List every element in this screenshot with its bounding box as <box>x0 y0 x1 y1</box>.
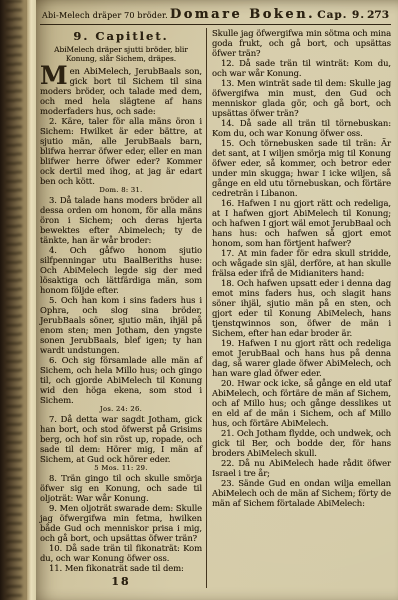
facing-page-blur <box>6 0 22 600</box>
verse-paragraph: 22. Då nu AbiMelech hade rådit öfwer Isr… <box>212 458 391 478</box>
verse-paragraph: Skulle jag öfwergifwa min sötma och mina… <box>212 28 391 58</box>
right-verse-block: Skulle jag öfwergifwa min sötma och mina… <box>212 28 391 508</box>
verse-paragraph: 6. Och sig församlade alle män af Sichem… <box>40 355 202 405</box>
left-verse-block: Men AbiMelech, JerubBaals son, gick bort… <box>40 66 202 573</box>
drop-cap: M <box>40 66 68 86</box>
page-number: 273 <box>367 9 389 21</box>
verse-paragraph: 14. Då sade all trän til törnebuskan: Ko… <box>212 118 391 138</box>
scripture-reference: Jos. 24: 26. <box>40 405 202 413</box>
chapter-heading: 9. Capitlet. <box>40 29 202 43</box>
chapter-summary: AbiMelech dräper sjutti bröder, blir Kon… <box>46 46 196 63</box>
verse-paragraph: 15. Och törnebusken sade til trän: Är de… <box>212 138 391 198</box>
verse-paragraph: 17. At min fader för edra skull stridde,… <box>212 248 391 278</box>
running-header: Abi-Melech dräper 70 bröder. Domare Boke… <box>40 7 391 23</box>
signature-mark: 18 <box>40 575 202 588</box>
book-title: Domare Boken. <box>170 7 315 22</box>
verse-paragraph: 4. Och gåfwo honom sjutio silfpenningar … <box>40 245 202 295</box>
verse-paragraph: 5. Och han kom i sins faders hus i Ophra… <box>40 295 202 355</box>
verse-paragraph: 16. Hafwen I nu gjort rätt och redeliga,… <box>212 198 391 248</box>
verse-paragraph: 2. Käre, taler för alla mäns öron i Sich… <box>40 116 202 186</box>
verse-paragraph: 10. Då sade trän til fikonaträt: Kom du,… <box>40 543 202 563</box>
verse-paragraph: 19. Hafwen I nu gjort rätt och redeliga … <box>212 338 391 378</box>
header-rule <box>40 24 391 25</box>
verse-paragraph: 3. Då talade hans moders bröder all dess… <box>40 195 202 245</box>
verse-paragraph: 12. Då sade trän til winträt: Kom du, oc… <box>212 58 391 78</box>
running-head-summary: Abi-Melech dräper 70 bröder. <box>42 11 168 20</box>
left-column: 9. Capitlet. AbiMelech dräper sjutti brö… <box>40 28 206 588</box>
verse-paragraph: 21. Och Jotham flydde, och undwek, och g… <box>212 428 391 458</box>
verse-paragraph: 18. Och hafwen upsatt eder i denna dag e… <box>212 278 391 338</box>
verse-paragraph: Men AbiMelech, JerubBaals son, gick bort… <box>40 66 202 116</box>
text-columns: 9. Capitlet. AbiMelech dräper sjutti brö… <box>40 28 391 588</box>
bible-page: Abi-Melech dräper 70 bröder. Domare Boke… <box>36 0 398 600</box>
verse-paragraph: 8. Trän gingo til och skulle smörja öfwe… <box>40 473 202 503</box>
book-gutter <box>0 0 27 600</box>
verse-paragraph: 20. Hwar ock icke, så gånge en eld utaf … <box>212 378 391 428</box>
right-column: Skulle jag öfwergifwa min sötma och mina… <box>207 28 391 588</box>
book-photo: Abi-Melech dräper 70 bröder. Domare Boke… <box>0 0 398 600</box>
page-fold-highlight <box>27 0 36 600</box>
scripture-reference: Dom. 8: 31. <box>40 186 202 194</box>
verse-paragraph: 11. Men fikonaträt sade til dem: <box>40 563 202 573</box>
verse-paragraph: 9. Men oljoträt swarade dem: Skulle jag … <box>40 503 202 543</box>
verse-paragraph: 7. Då detta war sagdt Jotham, gick han b… <box>40 414 202 464</box>
scripture-reference: 5 Mos. 11: 29. <box>40 464 202 472</box>
verse-paragraph: 13. Men winträt sade til dem: Skulle jag… <box>212 78 391 118</box>
verse-paragraph: 23. Sände Gud en ondan wilja emellan Abi… <box>212 478 391 508</box>
chapter-label: Cap. 9. <box>317 9 365 21</box>
